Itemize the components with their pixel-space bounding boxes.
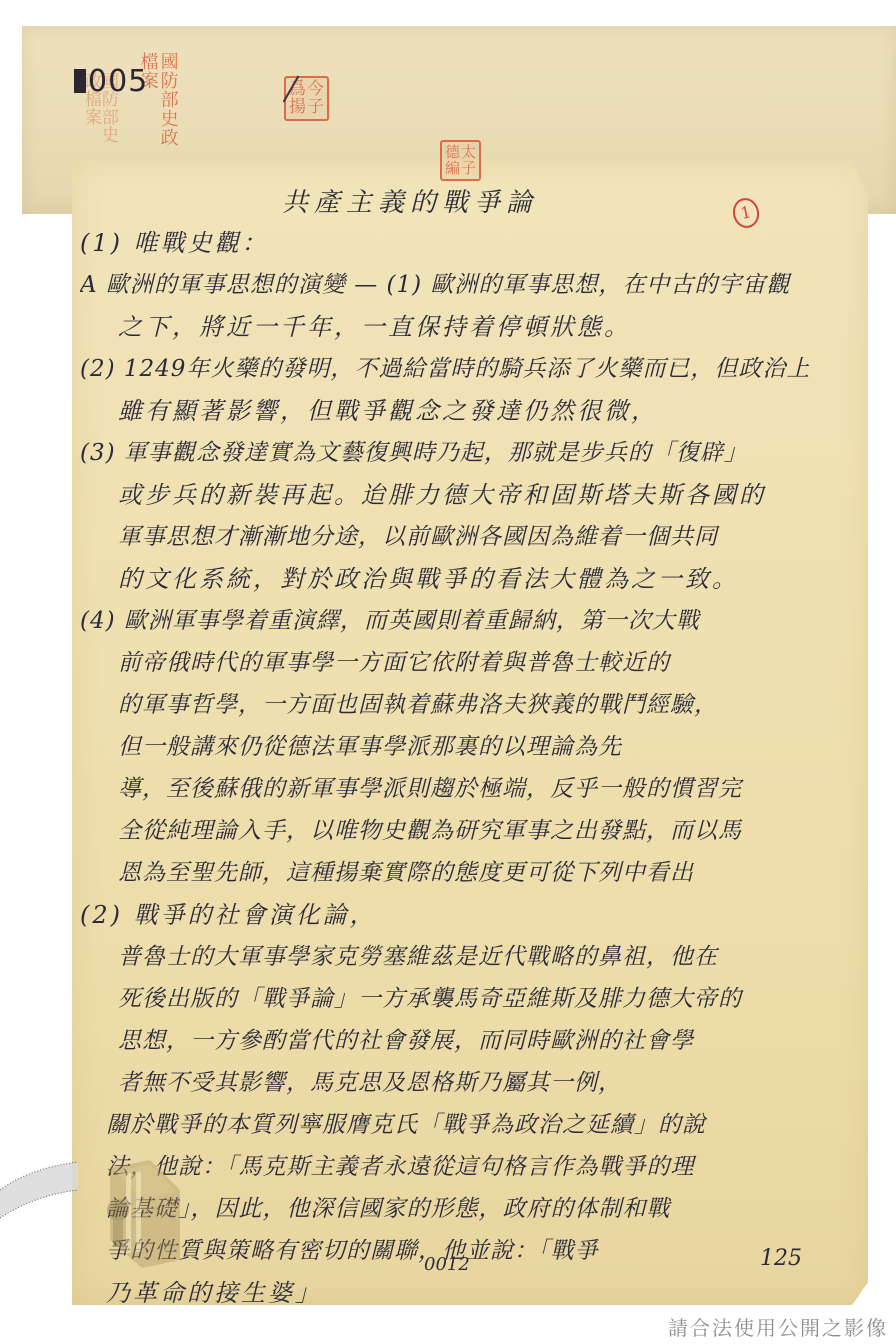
text-line: 全從純理論入手，以唯物史觀為研究軍事之出發點，而以馬: [80, 810, 860, 852]
footer-right-number: 125: [760, 1246, 802, 1271]
text-line: 前帝俄時代的軍事學一方面它依附着與普魯士較近的: [80, 642, 860, 684]
archive-number-value: 005: [88, 64, 148, 99]
text-line: A 歐洲的軍事思想的演變 — (1) 歐洲的軍事思想，在中古的宇宙觀: [80, 264, 860, 306]
text-line: 者無不受其影響，馬克思及恩格斯乃屬其一例，: [80, 1062, 860, 1104]
footer-notes: 0012 125: [72, 1254, 868, 1294]
sheet-seal: 德太編子: [440, 140, 481, 181]
archive-number-prefix: [74, 69, 86, 93]
text-line: 思想，一方參酌當代的社會發展，而同時歐洲的社會學: [80, 1020, 860, 1062]
heading-line: (1) 唯戰史觀：: [80, 222, 860, 264]
archive-key-book-logo-icon: [80, 1150, 190, 1270]
text-line: 但一般講來仍從德法軍事學派那裏的以理論為先: [80, 726, 860, 768]
text-line: 論基礎」，因此，他深信國家的形態，政府的体制和戰: [80, 1188, 860, 1230]
text-line: (3) 軍事觀念發達實為文藝復興時乃起，那就是步兵的「復辟」: [80, 432, 860, 474]
manuscript-body: (1) 唯戰史觀： A 歐洲的軍事思想的演變 — (1) 歐洲的軍事思想，在中古…: [80, 222, 860, 1314]
text-line: (4) 歐洲軍事學着重演繹，而英國則着重歸納，第一次大戰: [80, 600, 860, 642]
text-line: 軍事思想才漸漸地分途，以前歐洲各國因為維着一個共同: [80, 516, 860, 558]
text-line: 雖有顯著影響，但戰爭觀念之發達仍然很微，: [80, 390, 860, 432]
text-line: 恩為至聖先師，這種揚棄實際的態度更可從下列中看出: [80, 852, 860, 894]
text-line: 關於戰爭的本質列寧服膺克氏「戰爭為政治之延續」的說: [80, 1104, 860, 1146]
text-line: 或步兵的新裝再起。迨腓力德大帝和固斯塔夫斯各國的: [80, 474, 860, 516]
text-line: 普魯士的大軍事學家克勞塞維茲是近代戰略的鼻祖，他在: [80, 936, 860, 978]
personal-seal-box: 爲今揚子: [284, 76, 329, 121]
manuscript-sheet: 共產主義的戰爭論 1 (1) 唯戰史觀： A 歐洲的軍事思想的演變 — (1) …: [72, 160, 868, 1305]
document-title: 共產主義的戰爭論: [282, 182, 538, 219]
text-line: 導，至後蘇俄的新軍事學派則趨於極端，反乎一般的慣習完: [80, 768, 860, 810]
usage-watermark-text: 請合法使用公開之影像: [668, 1312, 888, 1341]
footer-center-number: 0012: [424, 1254, 470, 1275]
sheet-seal-box: 德太編子: [440, 140, 481, 181]
heading-line: (2) 戰爭的社會演化論，: [80, 894, 860, 936]
text-line: 之下，將近一千年，一直保持着停頓狀態。: [80, 306, 860, 348]
text-line: 的文化系統，對於政治與戰爭的看法大體為之一致。: [80, 558, 860, 600]
text-line: 死後出版的「戰爭論」一方承襲馬奇亞維斯及腓力德大帝的: [80, 978, 860, 1020]
archive-number: 005: [74, 64, 148, 99]
text-line: 的軍事哲學，一方面也固執着蘇弗洛夫狹義的戰鬥經驗，: [80, 684, 860, 726]
personal-seal: 爲今揚子: [284, 76, 329, 121]
text-line: (2) 1249年火藥的發明，不過給當時的騎兵添了火藥而已，但政治上: [80, 348, 860, 390]
text-line: 法，他說：「馬克斯主義者永遠從這句格言作為戰爭的理: [80, 1146, 860, 1188]
logo-swoosh-icon: [0, 1150, 80, 1220]
